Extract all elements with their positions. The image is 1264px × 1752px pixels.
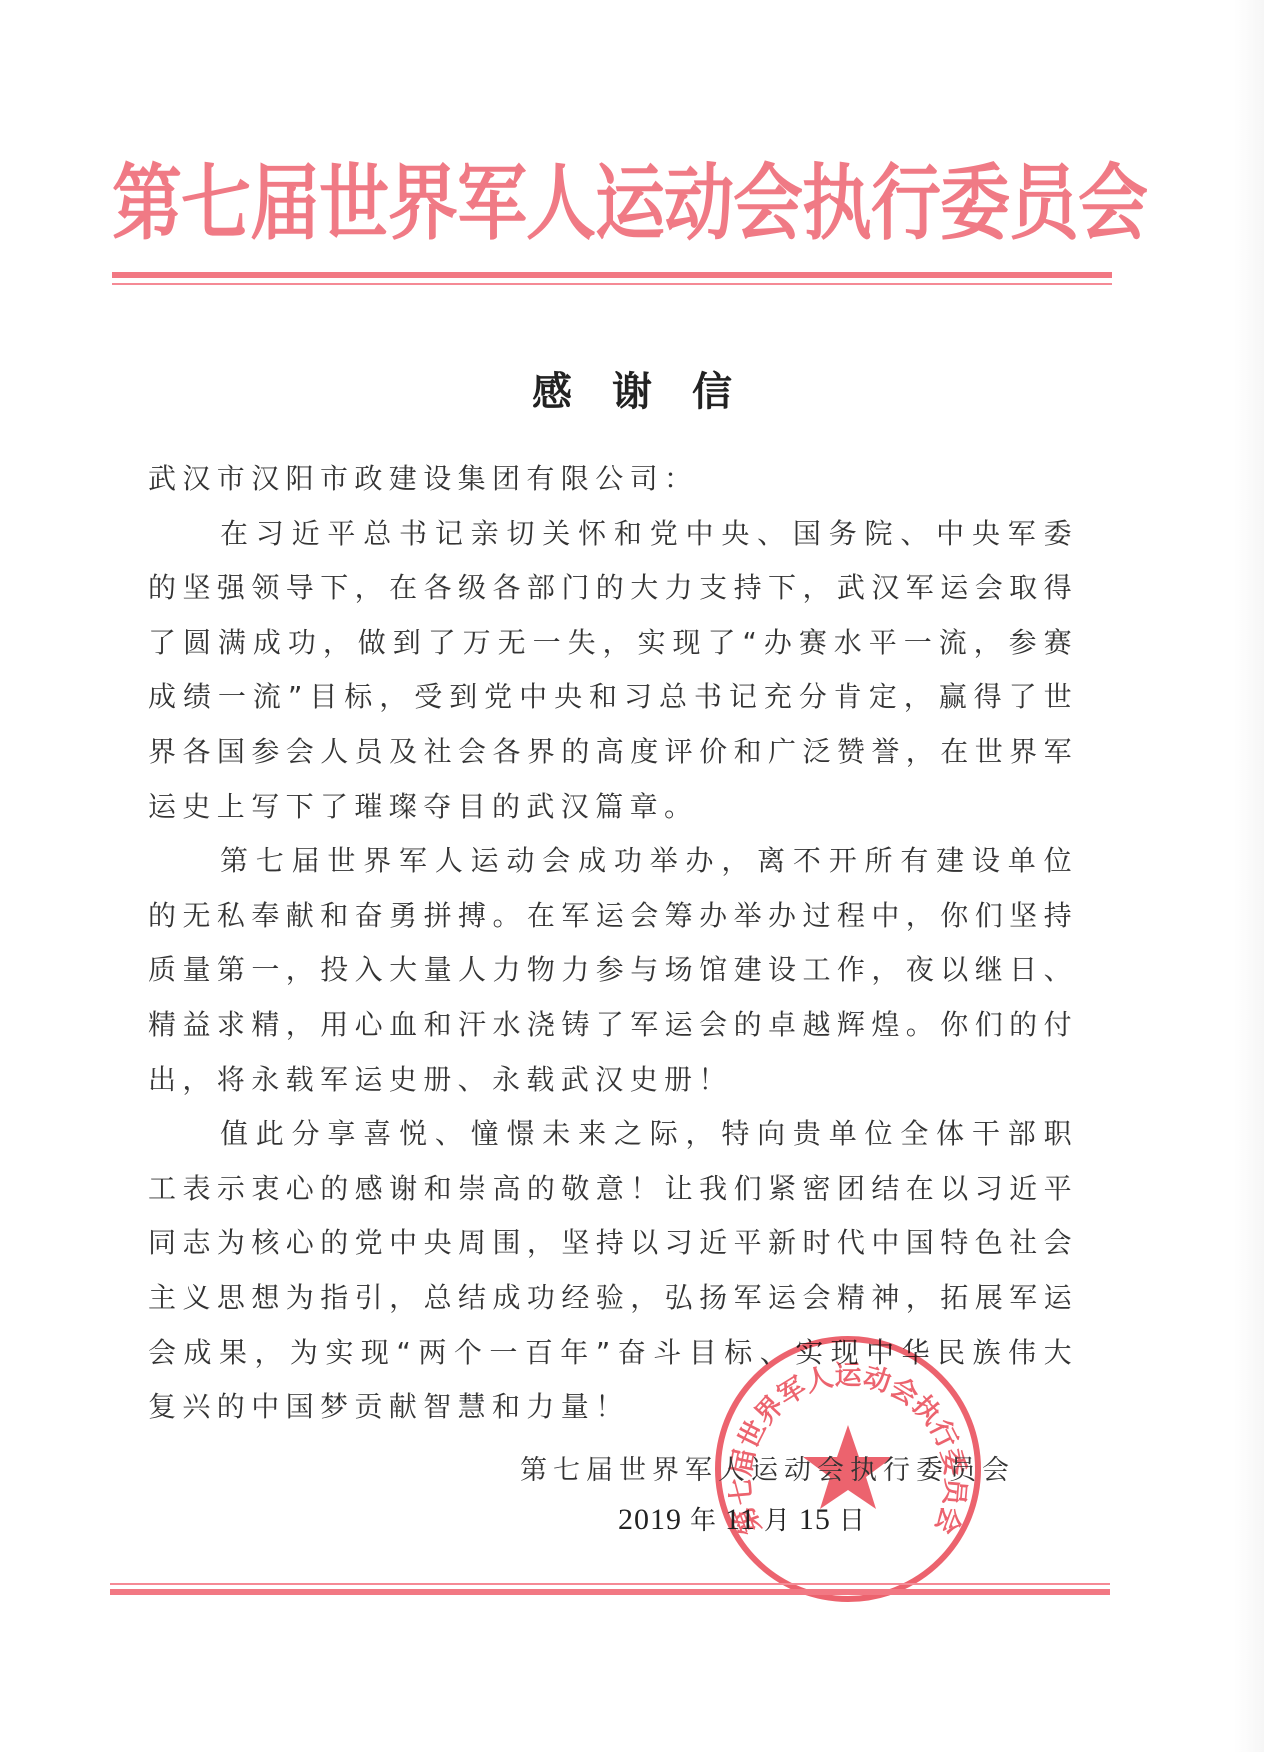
header-rule-thin bbox=[112, 283, 1112, 285]
date-day-label: 日 bbox=[839, 1506, 866, 1536]
signature-organization: 第七届世界军人运动会执行委员会 bbox=[520, 1448, 1015, 1487]
date-month-label: 月 bbox=[764, 1506, 791, 1536]
salutation: 武汉市汉阳市政建设集团有限公司： bbox=[148, 452, 1078, 507]
paragraph-1: 在习近平总书记亲切关怀和党中央、国务院、中央军委的坚强领导下，在各级各部门的大力… bbox=[148, 507, 1078, 835]
date-year-label: 年 bbox=[690, 1506, 717, 1536]
signature-date: 2019年11月15日 bbox=[618, 1500, 874, 1537]
letterhead-organization: 第七届世界军人运动会执行委员会 bbox=[112, 138, 1112, 268]
paragraph-2: 第七届世界军人运动会成功举办，离不开所有建设单位的无私奉献和奋勇拼搏。在军运会筹… bbox=[148, 834, 1078, 1107]
date-day: 15 bbox=[799, 1503, 831, 1536]
date-year: 2019 bbox=[618, 1503, 682, 1536]
footer-rule-thin bbox=[110, 1583, 1110, 1585]
header-rule-thick bbox=[112, 272, 1112, 278]
footer-rule-thick bbox=[110, 1589, 1110, 1595]
scan-page-edge bbox=[1234, 0, 1264, 1752]
date-month: 11 bbox=[725, 1503, 756, 1536]
document-title: 感谢信 bbox=[0, 360, 1264, 417]
letter-body: 武汉市汉阳市政建设集团有限公司： 在习近平总书记亲切关怀和党中央、国务院、中央军… bbox=[148, 452, 1078, 1435]
